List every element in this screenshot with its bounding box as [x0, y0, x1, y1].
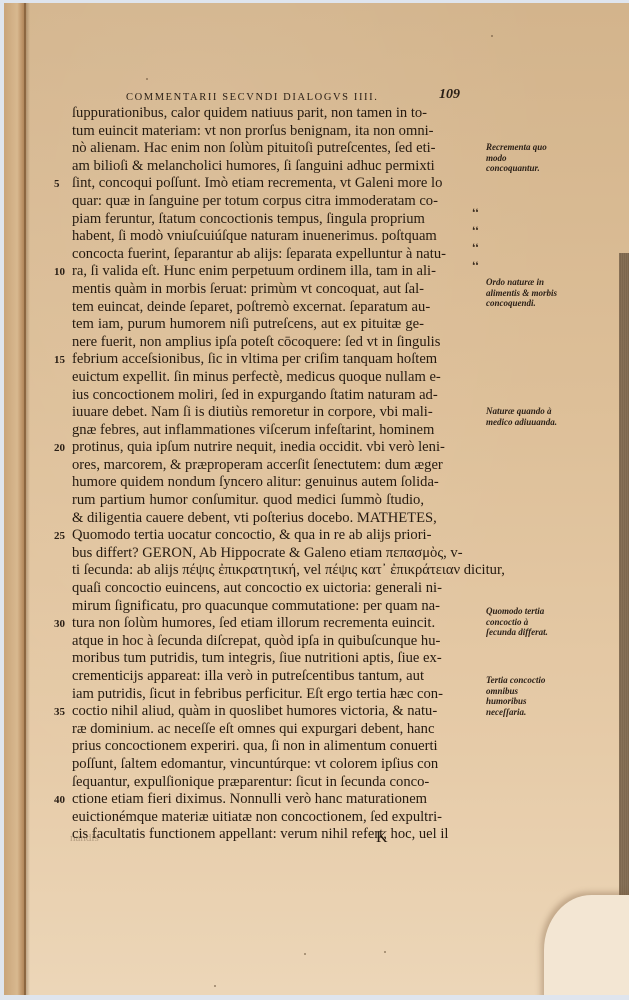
line-text: ſequantur, expulſionique præparentur: ſi… [72, 774, 429, 790]
text-line: moribus tum putridis, tum integris, ſiue… [72, 650, 424, 668]
line-text: iam putridis, ſicut in febribus perficit… [72, 686, 443, 702]
line-text: gnæ febres, aut inflammationes viſcerum … [72, 422, 434, 438]
line-text: nò alienam. Hac enim non ſolùm pituitoſi… [72, 140, 436, 156]
margin-note: Tertia concoctio omnibus humoribus neceſ… [486, 675, 558, 717]
text-line: 30tura non ſolùm humores, ſed etiam illo… [72, 615, 424, 633]
line-text: concocta fuerint, ſeparantur ab alijs: ſ… [72, 246, 446, 262]
text-line: rum partium humor conſumitur. quod medic… [72, 492, 424, 510]
line-text: atque in hoc à ſecunda diſcrepat, quòd i… [72, 633, 440, 649]
paper-speck [491, 35, 493, 37]
page-gutter [4, 3, 26, 995]
text-line: quar: quæ in ſanguine per totum corpus c… [72, 193, 424, 211]
line-number: 25 [54, 528, 65, 546]
corner-damage [544, 895, 629, 995]
line-number: 15 [54, 352, 65, 370]
line-text: euictum expellit. ſin minus perfectè, me… [72, 369, 441, 385]
text-line: ores, marcorem, & præproperam accerſit ſ… [72, 457, 424, 475]
line-text: mirum ſignificatu, pro quacunque commuta… [72, 598, 440, 614]
text-line: tem iam, purum humorem niſi putreſcens, … [72, 316, 424, 334]
paper-speck [384, 951, 386, 953]
line-text: crementicijs appareat: illa verò in putr… [72, 668, 424, 684]
line-text: ſuppurationibus, calor quidem natiuus pa… [72, 105, 427, 121]
book-page-scan: COMMENTARII SECVNDI DIALOGVS IIII. 109 ſ… [4, 3, 629, 995]
line-text: mentis quàm in morbis ſeruat: primùm vt … [72, 281, 424, 297]
line-text: ra, ſi valida eſt. Hunc enim perpetuum o… [72, 263, 436, 279]
paper-speck [304, 953, 306, 955]
line-text: cis facultatis functionem appellant: ver… [72, 826, 448, 842]
margin-note: Recrementa quo modo concoquantur. [486, 142, 558, 174]
line-number: 20 [54, 440, 65, 458]
text-line: quaſi concoctio euincens, aut concoctio … [72, 580, 424, 598]
line-text: coctio nihil aliud, quàm in quoslibet hu… [72, 703, 437, 719]
line-text: tura non ſolùm humores, ſed etiam illoru… [72, 615, 435, 631]
text-line: 10ra, ſi valida eſt. Hunc enim perpetuum… [72, 263, 424, 281]
margin-note: Ordo naturæ in alimentis & morbis concoq… [486, 277, 558, 309]
text-line: habent, ſi modò vniuſcuiúſque naturam in… [72, 228, 424, 246]
text-line: gnæ febres, aut inflammationes viſcerum … [72, 422, 424, 440]
signature-mark: K [376, 829, 388, 847]
text-line: euictum expellit. ſin minus perfectè, me… [72, 369, 424, 387]
text-line: poſſunt, ſaltem edomantur, vincuntúrque:… [72, 756, 424, 774]
margin-note: Quomodo tertia concoctio à ſecunda diffe… [486, 606, 558, 638]
text-line: atque in hoc à ſecunda diſcrepat, quòd i… [72, 633, 424, 651]
line-text: tum euincit materiam: vt non prorſus ben… [72, 123, 434, 139]
quote-marks: ❛❛ ❛❛ ❛❛ ❛❛ [472, 205, 478, 275]
text-line: piam feruntur, ſtatum concoctionis tempu… [72, 211, 424, 229]
line-number: 5 [54, 176, 60, 194]
margin-note: Naturæ quando à medico adiuuanda. [486, 406, 558, 427]
line-text: ius concoctionem moliri, ſed in expurgan… [72, 387, 438, 403]
text-line: 25Quomodo tertia uocatur concoctio, & qu… [72, 527, 424, 545]
quote-mark: ❛❛ [472, 205, 478, 223]
text-line: 20protinus, quia ipſum nutrire nequit, i… [72, 439, 424, 457]
text-line: nò alienam. Hac enim non ſolùm pituitoſi… [72, 140, 424, 158]
text-line: tem euincat, deinde ſeparet, poſtremò ex… [72, 299, 424, 317]
text-line: am bilioſi & melancholici humores, ſi ſa… [72, 158, 424, 176]
line-text: tem euincat, deinde ſeparet, poſtremò ex… [72, 299, 430, 315]
text-line: mirum ſignificatu, pro quacunque commuta… [72, 598, 424, 616]
running-head: COMMENTARII SECVNDI DIALOGVS IIII. [126, 92, 378, 103]
text-line: cis facultatis functionem appellant: ver… [72, 826, 424, 844]
text-line: 40ctione etiam fieri diximus. Nonnulli v… [72, 791, 424, 809]
text-line: iam putridis, ſicut in febribus perficit… [72, 686, 424, 704]
text-line: ti ſecunda: ab alijs πέψις ἐπικρατητική,… [72, 562, 424, 580]
body-text: ſuppurationibus, calor quidem natiuus pa… [72, 105, 424, 844]
line-text: ores, marcorem, & præproperam accerſit ſ… [72, 457, 443, 473]
text-line: nere fuerit, non amplius ipſa poteſt cōc… [72, 334, 424, 352]
paper-speck [146, 78, 148, 80]
line-text: bus differt? GERON, Ab Hippocrate & Gale… [72, 545, 463, 561]
quote-mark: ❛❛ [472, 240, 478, 258]
text-line: concocta fuerint, ſeparantur ab alijs: ſ… [72, 246, 424, 264]
text-line: 5ſint, concoqui poſſunt. Imò etiam recre… [72, 175, 424, 193]
line-text: & diligentia cauere debent, vti poſteriu… [72, 510, 437, 526]
quote-mark: ❛❛ [472, 258, 478, 276]
line-text: ſint, concoqui poſſunt. Imò etiam recrem… [72, 175, 442, 191]
line-number: 35 [54, 704, 65, 722]
text-line: humore quidem nondum ſyncero alitur: gen… [72, 474, 424, 492]
line-text: quar: quæ in ſanguine per totum corpus c… [72, 193, 438, 209]
line-text: protinus, quia ipſum nutrire nequit, ine… [72, 439, 445, 455]
text-line: bus differt? GERON, Ab Hippocrate & Gale… [72, 545, 424, 563]
line-text: Quomodo tertia uocatur concoctio, & qua … [72, 527, 431, 543]
line-text: humore quidem nondum ſyncero alitur: gen… [72, 474, 439, 490]
text-line: iuuare debet. Nam ſi is diutiùs remoretu… [72, 404, 424, 422]
line-text: ræ dominium. ac neceſſe eſt omnes qui ex… [72, 721, 434, 737]
line-text: iuuare debet. Nam ſi is diutiùs remoretu… [72, 404, 433, 420]
line-text: am bilioſi & melancholici humores, ſi ſa… [72, 158, 435, 174]
line-text: ctione etiam fieri diximus. Nonnulli ver… [72, 791, 427, 807]
paper-speck [214, 985, 216, 987]
text-line: euictionémque materiæ uitiatæ non concoc… [72, 809, 424, 827]
line-text: ti ſecunda: ab alijs πέψις ἐπικρατητική,… [72, 562, 505, 578]
page-fore-edge [619, 253, 629, 993]
text-line: 15febrium acceſsionibus, ſic in vltima p… [72, 351, 424, 369]
line-text: rum partium humor conſumitur. quod medic… [72, 492, 424, 508]
line-text: euictionémque materiæ uitiatæ non concoc… [72, 809, 442, 825]
text-line: prius concoctionem experiri. qua, ſi non… [72, 738, 424, 756]
text-line: mentis quàm in morbis ſeruat: primùm vt … [72, 281, 424, 299]
quote-mark: ❛❛ [472, 223, 478, 241]
line-text: febrium acceſsionibus, ſic in vltima per… [72, 351, 437, 367]
text-line: crementicijs appareat: illa verò in putr… [72, 668, 424, 686]
text-line: ius concoctionem moliri, ſed in expurgan… [72, 387, 424, 405]
line-text: habent, ſi modò vniuſcuiúſque naturam in… [72, 228, 437, 244]
line-text: tem iam, purum humorem niſi putreſcens, … [72, 316, 424, 332]
text-line: 35coctio nihil aliud, quàm in quoslibet … [72, 703, 424, 721]
line-text: nere fuerit, non amplius ipſa poteſt cōc… [72, 334, 440, 350]
catchword: nandis [70, 832, 99, 844]
text-line: ſequantur, expulſionique præparentur: ſi… [72, 774, 424, 792]
line-text: piam feruntur, ſtatum concoctionis tempu… [72, 211, 425, 227]
viewer-frame: COMMENTARII SECVNDI DIALOGVS IIII. 109 ſ… [0, 0, 629, 1000]
line-text: prius concoctionem experiri. qua, ſi non… [72, 738, 438, 754]
text-line: & diligentia cauere debent, vti poſteriu… [72, 510, 424, 528]
page-number: 109 [439, 87, 460, 103]
line-number: 10 [54, 264, 65, 282]
text-line: tum euincit materiam: vt non prorſus ben… [72, 123, 424, 141]
line-number: 30 [54, 616, 65, 634]
gutter-shadow [24, 3, 30, 995]
text-line: ræ dominium. ac neceſſe eſt omnes qui ex… [72, 721, 424, 739]
line-text: moribus tum putridis, tum integris, ſiue… [72, 650, 442, 666]
line-number: 40 [54, 792, 65, 810]
line-text: quaſi concoctio euincens, aut concoctio … [72, 580, 442, 596]
text-line: ſuppurationibus, calor quidem natiuus pa… [72, 105, 424, 123]
line-text: poſſunt, ſaltem edomantur, vincuntúrque:… [72, 756, 438, 772]
